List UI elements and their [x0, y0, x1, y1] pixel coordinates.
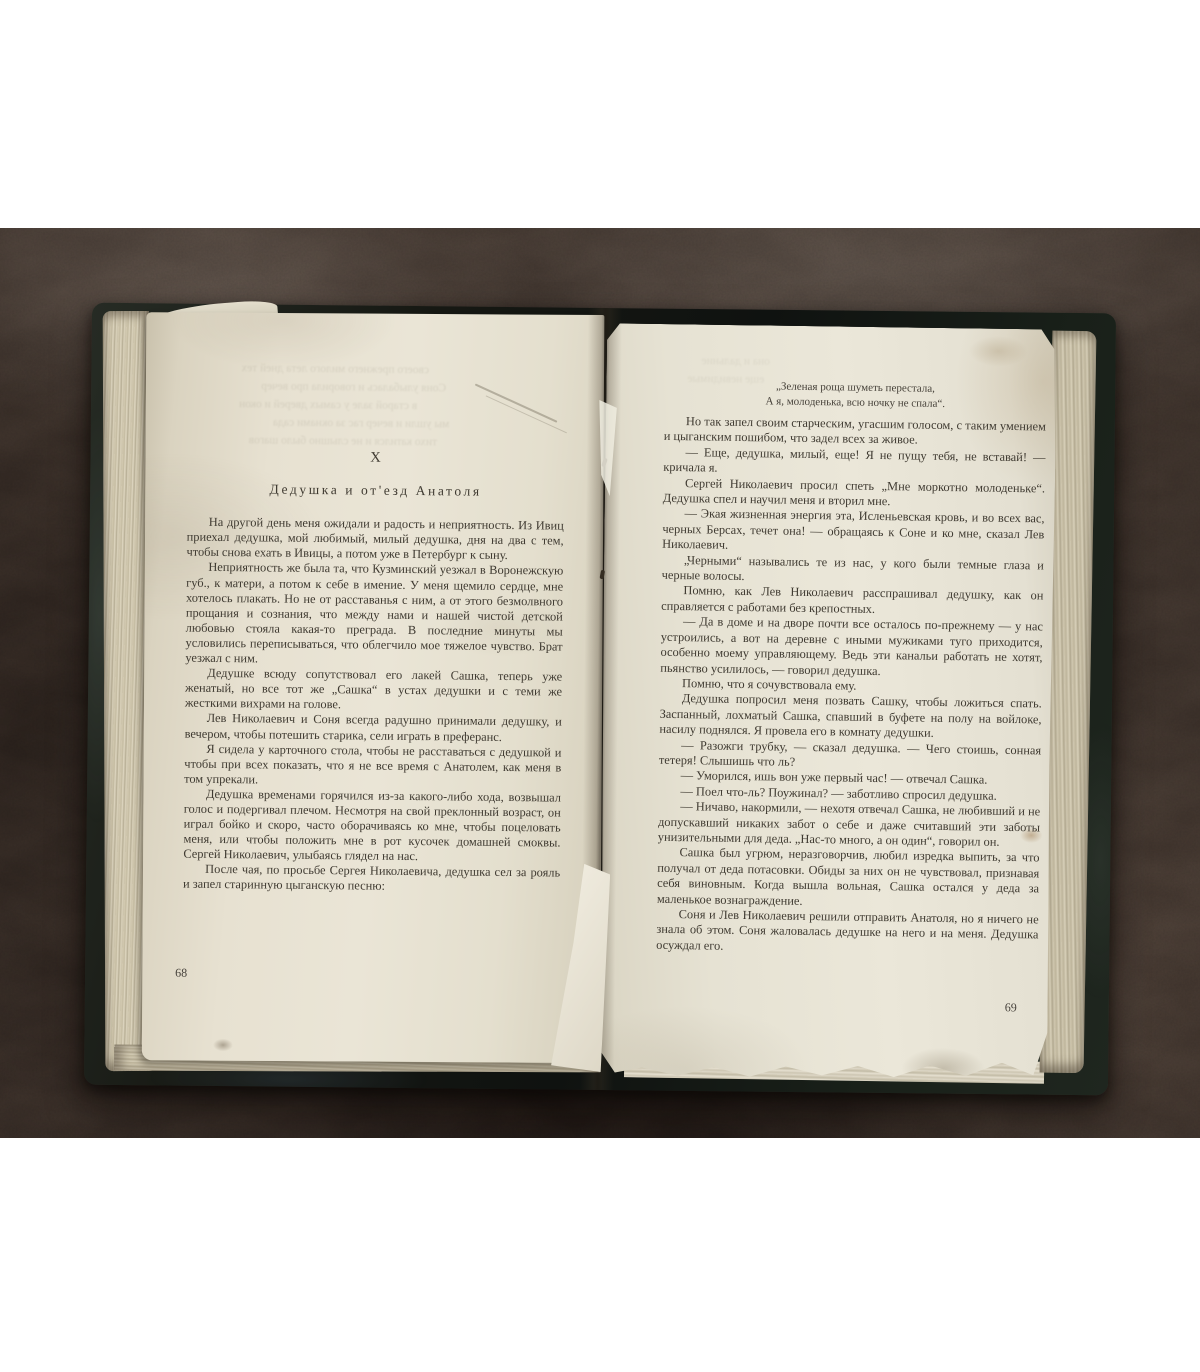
bleed-through-text: своего прежнего милого лета дней тех	[241, 362, 429, 376]
bleed-through-text: она и дальние	[701, 355, 769, 368]
paragraph: После чая, по просьбе Сергея Николаевича…	[183, 862, 560, 896]
paragraph: Неприятность же была та, что Кузминский …	[185, 560, 563, 670]
leather-surface: своего прежнего милого лета дней тех Сон…	[0, 228, 1200, 1138]
song-verse: „Зеленая роща шуметь перестала, А я, мол…	[664, 378, 1046, 413]
page-number-left: 68	[175, 966, 187, 981]
bleed-through-text: тихо катился и не слышно было шагов	[249, 434, 438, 448]
photo-canvas: своего прежнего милого лета дней тех Сон…	[0, 0, 1200, 1372]
open-book: своего прежнего милого лета дней тех Сон…	[84, 303, 1116, 1096]
paragraph: Дедушка попросил меня позвать Сашку, что…	[659, 691, 1042, 743]
bleed-through-text: Соня улыбалась и говорила про вечер	[261, 380, 446, 394]
page-number-right: 69	[1005, 1000, 1017, 1015]
chapter-number: X	[187, 449, 564, 468]
left-page-text-block: X Дедушка и от'езд Анатоля На другой ден…	[183, 449, 565, 896]
paragraph: Сашка был угрюм, неразговорчив, любил из…	[657, 845, 1040, 912]
paragraph: Дедушке всюду сопутствовал его лакей Саш…	[185, 666, 562, 715]
paragraph: — Экая жизненная энергия эта, Исленьевск…	[662, 506, 1045, 558]
paragraph: Соня и Лев Николаевич решили отправить А…	[656, 907, 1039, 959]
bleed-through-text: мы ушли и вечер гас за окнами сада	[273, 417, 450, 431]
chapter-title: Дедушка и от'езд Анатоля	[187, 481, 564, 500]
paragraph: Я сидела у карточного стола, чтобы не ра…	[184, 741, 561, 790]
bleed-through-text: в старой зале у самых дверей и окон	[239, 398, 417, 412]
paragraph: Лев Николаевич и Соня всегда радушно при…	[185, 711, 562, 745]
paragraph: На другой день меня ожидали и радость и …	[186, 515, 563, 564]
paragraph: — Ничаво, накормили, — нехотя отвечал Са…	[658, 799, 1041, 851]
right-page-text-block: „Зеленая роща шуметь перестала, А я, мол…	[656, 378, 1046, 959]
paragraph: Дедушка временами горячился из-за какого…	[183, 787, 561, 866]
paragraph: — Да в доме и на дворе почти все осталос…	[660, 614, 1043, 681]
